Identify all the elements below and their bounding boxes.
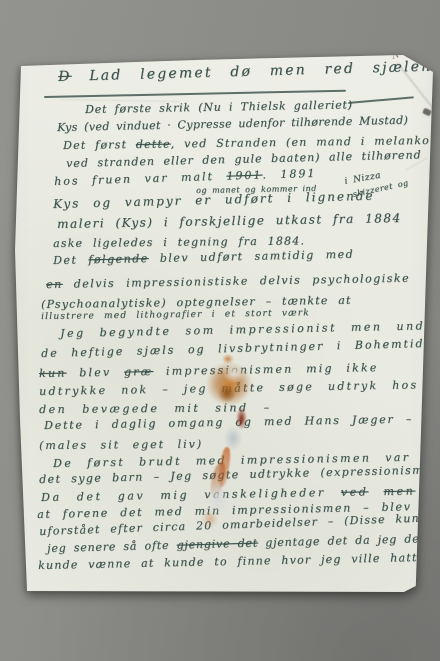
line-text: kunde vænne at kunde to finne hvor jeg v…: [38, 551, 418, 572]
line-text: blev udført samtidig med: [149, 248, 355, 265]
struck-word: kun: [39, 367, 67, 380]
stain-red-drip: [236, 407, 247, 430]
line-text: blev: [66, 366, 124, 380]
stain-wisp-bottom: [202, 510, 218, 528]
line-text: Kys (ved vinduet · Cypresse udenfor tilh…: [57, 114, 408, 134]
handwritten-line: kunde vænne at kunde to finne hvor jeg v…: [38, 552, 418, 571]
line-text: maleri (Kys) i forskjellige utkast fra 1…: [57, 211, 402, 231]
struck-word: græ: [124, 365, 153, 379]
handwritten-line: Kys og vampyr er udført i lignende: [53, 190, 375, 210]
struck-word: ved: [341, 485, 369, 498]
line-text: Kys og vampyr er udført i lignende: [53, 189, 375, 211]
line-text: Da det gav mig vanskeligheder: [41, 486, 341, 504]
line-text: Jeg begyndte som impressionist men under: [60, 319, 440, 340]
manuscript-paper: D Lad legemet dø men red sjælenDet først…: [0, 0, 440, 661]
line-text: Det: [53, 253, 89, 267]
struck-word: 1901: [226, 168, 262, 182]
handwritten-line: illustrere med lithografier i et stort v…: [41, 309, 310, 322]
stain-white-patch: [223, 364, 245, 383]
line-text: (males sit eget liv): [39, 438, 203, 452]
line-text: delvis impressionistiske delvis psycholo…: [63, 272, 411, 291]
stain-dark-core: [218, 384, 236, 403]
line-text: Det først: [63, 138, 136, 152]
line-text: ved stranden eller den gule baaten) alle…: [66, 148, 422, 170]
struck-word: en: [46, 278, 63, 291]
line-text: Det første skrik (Nu i Thielsk galleriet…: [85, 98, 353, 116]
struck-word: følgende: [88, 252, 149, 266]
line-text: gjentage det da jeg derved: [258, 532, 440, 550]
photo-background: D Lad legemet dø men red sjælenDet først…: [0, 0, 440, 661]
line-text: . 1891: [262, 167, 316, 182]
line-text: impressionismen mig ikke: [153, 361, 379, 378]
handwritten-line: de heftige sjæls og livsbrytninger i Boh…: [41, 338, 440, 359]
handwritten-line: Kys (ved vinduet · Cypresse udenfor tilh…: [57, 115, 408, 133]
line-text: jeg senere så ofte: [47, 539, 177, 555]
struck-word: gjengive det: [176, 536, 258, 551]
handwritten-line: ved stranden eller den gule baaten) alle…: [66, 149, 422, 169]
line-text: [368, 485, 383, 498]
struck-word: dette: [136, 137, 171, 150]
paper-shadow-wrap: D Lad legemet dø men red sjælenDet først…: [0, 0, 440, 661]
handwritten-line: aske ligeledes i tegning fra 1884.: [53, 235, 305, 249]
struck-word: men: [383, 484, 415, 498]
handwritten-line: Det første skrik (Nu i Thielsk galleriet…: [85, 99, 353, 115]
handwritten-line: D Lad legemet dø men red sjælen: [58, 60, 433, 84]
line-text: Lad legemet dø men red sjælen: [71, 59, 432, 85]
line-text: aske ligeledes i tegning fra 1884.: [53, 234, 305, 250]
handwritten-line: Jeg begyndte som impressionist men under: [60, 320, 440, 339]
handwritten-line: en delvis impressionistiske delvis psych…: [46, 273, 410, 290]
handwritten-line: jeg senere så ofte gjengive det gjentage…: [47, 533, 440, 554]
line-text: de heftige sjæls og livsbrytninger i Boh…: [41, 337, 440, 360]
struck-word: D: [58, 69, 72, 85]
handwritten-line: maleri (Kys) i forskjellige utkast fra 1…: [57, 212, 402, 230]
handwritten-line: Det følgende blev udført samtidig med: [53, 249, 354, 266]
handwritten-line: (males sit eget liv): [39, 439, 203, 451]
